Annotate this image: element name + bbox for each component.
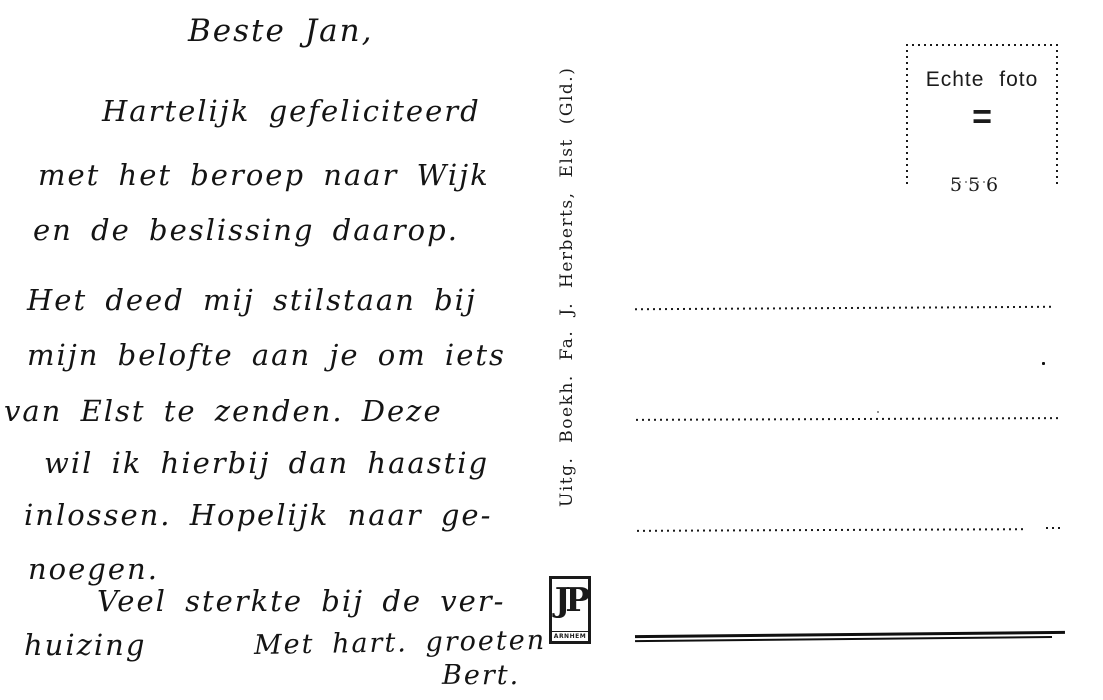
address-line-1 xyxy=(635,306,1055,311)
bottom-rule xyxy=(635,631,1065,642)
handwritten-line: noegen. xyxy=(28,552,159,586)
address-line-3-end-segment xyxy=(1046,527,1062,529)
handwritten-line: mijn belofte aan je om iets xyxy=(27,338,506,372)
printer-city: ARNHEM xyxy=(552,631,588,641)
handwritten-line: wil ik hierbij dan haastig xyxy=(44,446,489,480)
jospe-printer-mark: JP ARNHEM xyxy=(549,576,591,644)
handwritten-line: Veel sterkte bij de ver- xyxy=(97,584,505,618)
stamp-box-label: Echte foto xyxy=(906,68,1058,92)
scan-speck xyxy=(1042,362,1045,365)
handwritten-line: met het beroep naar Wijk xyxy=(38,158,490,192)
photo-number: 556 xyxy=(906,174,1048,196)
handwritten-line: en de beslissing daarop. xyxy=(33,213,459,247)
handwritten-line: Het deed mij stilstaan bij xyxy=(27,283,477,317)
equals-mark: = xyxy=(906,100,1058,134)
stamp-box: Echte foto = 556 xyxy=(906,44,1058,185)
handwritten-line: inlossen. Hopelijk naar ge- xyxy=(24,498,492,532)
postcard-back: Beste Jan, Hartelijk gefeliciteerd met h… xyxy=(0,0,1103,700)
scan-speck xyxy=(877,411,879,413)
salutation: Beste Jan, xyxy=(188,13,373,49)
handwritten-line: Hartelijk gefeliciteerd xyxy=(102,94,481,128)
publisher-imprint: Uitg. Boekh. Fa. J. Herberts, Elst (Gld.… xyxy=(557,67,583,507)
closing-line: Met hart. groeten xyxy=(254,625,547,661)
handwritten-line: van Elst te zenden. Deze xyxy=(4,394,443,428)
address-line-2 xyxy=(636,417,1062,421)
printer-monogram: JP xyxy=(555,579,585,621)
stamp-box-border-top xyxy=(906,44,1058,46)
handwritten-line: huizing xyxy=(24,628,146,662)
signature: Bert. xyxy=(442,660,520,691)
address-line-3 xyxy=(637,528,1027,532)
